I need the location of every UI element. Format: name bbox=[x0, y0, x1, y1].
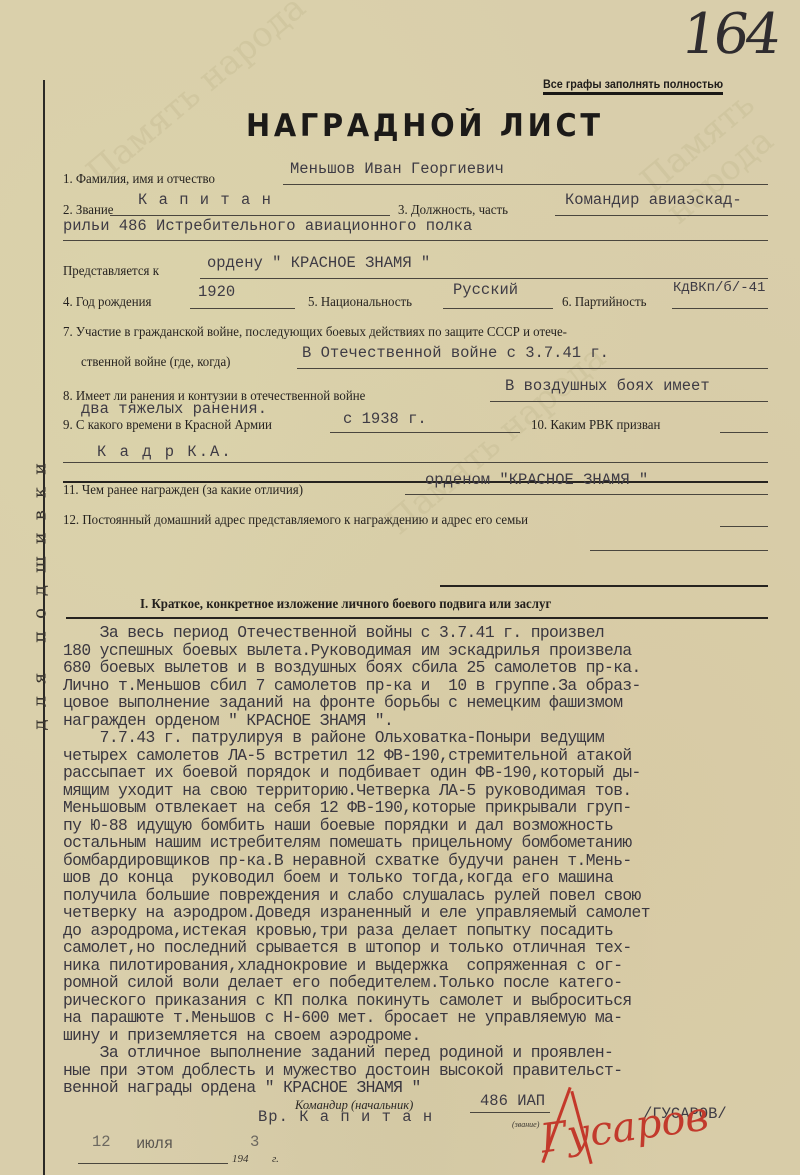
merit-text-line: венной награды ордена " КРАСНОЕ ЗНАМЯ " bbox=[63, 1079, 800, 1097]
merit-text-line: четырех самолетов ЛА-5 встретил 12 ФВ-19… bbox=[63, 747, 800, 765]
presented-rule bbox=[200, 278, 768, 279]
merit-text-line: рассыпает их боевой порядок и подбивает … bbox=[63, 764, 800, 782]
date-year-prefix: 194 bbox=[232, 1153, 249, 1165]
date-month: июля bbox=[136, 1135, 173, 1153]
merit-text-line: Лично т.Меньшов сбил 7 самолетов пр-ка и… bbox=[63, 677, 800, 695]
field-9-value: с 1938 г. bbox=[343, 410, 427, 428]
merit-text-line: За отличное выполнение заданий перед род… bbox=[63, 1044, 800, 1062]
presented-value: ордену " КРАСНОЕ ЗНАМЯ " bbox=[207, 254, 430, 272]
unit-rule bbox=[470, 1112, 550, 1113]
field-1-value: Меньшов Иван Георгиевич bbox=[290, 160, 504, 178]
field-3-rule-2 bbox=[63, 240, 768, 241]
merit-text-line: самолет,но последний срывается в штопор … bbox=[63, 939, 800, 957]
merit-text-line: цовое выполнение заданий на фронте борьб… bbox=[63, 694, 800, 712]
field-11-rule bbox=[405, 494, 768, 495]
field-12-label: 12. Постоянный домашний адрес представля… bbox=[63, 513, 528, 529]
merit-text-line: За весь период Отечественной войны с 3.7… bbox=[63, 624, 800, 642]
merit-description: За весь период Отечественной войны с 3.7… bbox=[63, 624, 800, 1097]
field-7-label-line1: 7. Участие в гражданской войне, последую… bbox=[63, 325, 567, 341]
merit-text-line: ромной силой воли делает его победителем… bbox=[63, 974, 800, 992]
field-3-value-line2: рильи 486 Истребительного авиационного п… bbox=[63, 217, 472, 235]
merit-text-line: пу Ю-88 идущую бомбить наши боевые поряд… bbox=[63, 817, 800, 835]
merit-text-line: мящим уходит на свою территорию.Четверка… bbox=[63, 782, 800, 800]
field-12-rule-2 bbox=[590, 550, 768, 551]
field-4-label: 4. Год рождения bbox=[63, 295, 151, 311]
field-4-value: 1920 bbox=[198, 283, 235, 301]
field-11-label: 11. Чем ранее награжден (за какие отличи… bbox=[63, 483, 303, 499]
merit-text-line: ные при этом доблесть и мужество достоин… bbox=[63, 1062, 800, 1080]
presented-label: Представляется к bbox=[63, 264, 159, 280]
section-heading: I. Краткое, конкретное изложение личного… bbox=[140, 597, 551, 613]
field-10-value: К а д р К.А. bbox=[97, 443, 233, 461]
field-6-label: 6. Партийность bbox=[562, 295, 646, 311]
field-3-rule bbox=[555, 215, 768, 216]
field-6-value: КдВКп/б/-41 bbox=[673, 280, 765, 296]
field-2-value: К а п и т а н bbox=[138, 191, 272, 209]
field-9-label: 9. С какого времени в Красной Армии bbox=[63, 418, 272, 434]
field-8-value-line1: В воздушных боях имеет bbox=[505, 377, 710, 395]
field-9-rule bbox=[330, 432, 520, 433]
field-10-label: 10. Каким РВК призван bbox=[531, 418, 660, 434]
merit-text-line: остальным нашим истребителям помешать пр… bbox=[63, 834, 800, 852]
field-6-rule bbox=[672, 308, 768, 309]
merit-text-line: 680 боевых вылетов и в воздушных боях сб… bbox=[63, 659, 800, 677]
date-suffix: г. bbox=[272, 1153, 279, 1165]
merit-text-line: бомбардировщиков пр-ка.В неравной схватк… bbox=[63, 852, 800, 870]
date-rule bbox=[78, 1163, 228, 1164]
handwritten-page-number: 164 bbox=[677, 2, 781, 67]
merit-text-line: до аэродрома,истекая кровью,три раза дел… bbox=[63, 922, 800, 940]
merit-text-line: награжден орденом " КРАСНОЕ ЗНАМЯ ". bbox=[63, 712, 800, 730]
field-5-label: 5. Национальность bbox=[308, 295, 412, 311]
field-12-rule bbox=[720, 526, 768, 527]
merit-text-line: 180 успешных боевых вылета.Руководимая и… bbox=[63, 642, 800, 660]
merit-text-line: ника пилотирования,хладнокровие и выдерж… bbox=[63, 957, 800, 975]
binding-margin-text: для подшивки bbox=[30, 491, 51, 731]
merit-text-line: 7.7.43 г. патрулируя в районе Ольховатка… bbox=[63, 729, 800, 747]
field-7-value: В Отечественной войне с 3.7.41 г. bbox=[302, 344, 609, 362]
field-8-rule bbox=[490, 401, 768, 402]
rank-caption: (звание) bbox=[512, 1120, 539, 1129]
field-1-label: 1. Фамилия, имя и отчество bbox=[63, 172, 215, 188]
field-10-rule-2 bbox=[63, 462, 768, 463]
field-1-rule bbox=[283, 184, 768, 185]
commander-unit: 486 ИАП bbox=[480, 1092, 545, 1110]
field-5-rule bbox=[443, 308, 553, 309]
field-7-rule bbox=[297, 368, 768, 369]
commander-rank: Вр. К а п и т а н bbox=[258, 1108, 433, 1126]
merit-text-line: четверку на аэродром.Доведя израненный и… bbox=[63, 904, 800, 922]
merit-text-line: на парашюте т.Меньшов с Н-600 мет. броса… bbox=[63, 1009, 800, 1027]
merit-text-line: шов до конца руководил боем и только тог… bbox=[63, 869, 800, 887]
merit-text-line: шину и приземляется на своем аэродроме. bbox=[63, 1027, 800, 1045]
fill-instruction: Все графы заполнять полностью bbox=[543, 77, 723, 95]
field-10-rule bbox=[720, 432, 768, 433]
field-5-value: Русский bbox=[453, 281, 518, 299]
merit-text-line: рического приказания с КП полка покинуть… bbox=[63, 992, 800, 1010]
date-year-digit: 3 bbox=[250, 1133, 259, 1151]
watermark: Память народа bbox=[79, 0, 313, 193]
field-7-label-line2: ственной войне (где, когда) bbox=[81, 355, 230, 371]
merit-text-line: Меньшовым отвлекает на себя 12 ФВ-190,ко… bbox=[63, 799, 800, 817]
field-8-value-line2: два тяжелых ранения. bbox=[81, 400, 267, 418]
field-2-rule bbox=[110, 215, 390, 216]
section-heading-rule bbox=[66, 617, 768, 619]
field-4-rule bbox=[190, 308, 295, 309]
field-11-value: орденом "КРАСНОЕ ЗНАМЯ " bbox=[425, 471, 648, 489]
section-top-rule bbox=[440, 585, 768, 587]
field-3-value-line1: Командир авиаэскад- bbox=[565, 191, 742, 209]
merit-text-line: получила большие повреждения и слабо слу… bbox=[63, 887, 800, 905]
document-title: НАГРАДНОЙ ЛИСТ bbox=[246, 108, 604, 144]
date-day: 12 bbox=[92, 1133, 111, 1151]
